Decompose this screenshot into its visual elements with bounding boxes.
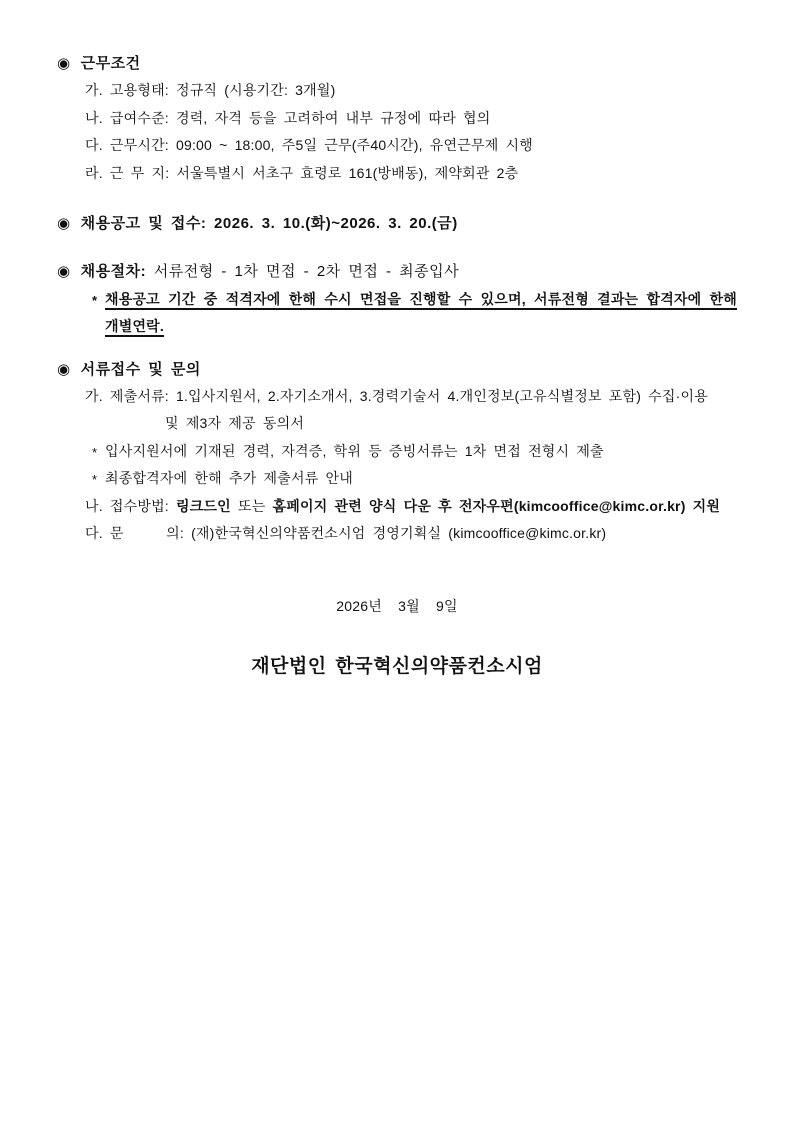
section-work-conditions: ◉근무조건 가. 고용형태: 정규직 (시용기간: 3개월) 나. 급여수준: … [57, 50, 737, 187]
submission-method-linkedin: 링크드인 [176, 498, 231, 514]
submission-method-prefix: 나. 접수방법: [85, 498, 176, 514]
work-conditions-title: 근무조건 [81, 55, 141, 72]
document-date: 2026년 3월 9일 [57, 593, 737, 620]
asterisk-marker-icon: * [92, 439, 97, 466]
hiring-process-note-text: 채용공고 기간 중 적격자에 한해 수시 면접을 진행할 수 있으며, 서류전형… [105, 291, 737, 334]
submission-note-proof-documents: *입사지원서에 기재된 경력, 자격증, 학위 등 증빙서류는 1차 면접 전형… [92, 438, 737, 465]
hiring-process-value: 서류전형 - 1차 면접 - 2차 면접 - 최종입사 [154, 263, 459, 280]
submission-item-contact: 다. 문 의: (재)한국혁신의약품컨소시엄 경영기획실 (kimcooffic… [57, 520, 737, 547]
work-condition-item-salary: 나. 급여수준: 경력, 자격 등을 고려하여 내부 규정에 따라 협의 [57, 105, 737, 132]
asterisk-marker-icon: * [92, 466, 97, 493]
submission-method-email: 홈페이지 관련 양식 다운 후 전자우편(kimcooffice@kimc.or… [273, 498, 721, 514]
document-submission-title: 서류접수 및 문의 [81, 361, 201, 378]
hiring-process-title: 채용절차 [81, 263, 141, 280]
submission-method-or: 또는 [231, 498, 273, 514]
section-document-submission: ◉서류접수 및 문의 가. 제출서류: 1.입사지원서, 2.자기소개서, 3.… [57, 356, 737, 548]
hiring-process-heading: ◉채용절차: 서류전형 - 1차 면접 - 2차 면접 - 최종입사 [57, 258, 737, 285]
submission-item-method: 나. 접수방법: 링크드인 또는 홈페이지 관련 양식 다운 후 전자우편(ki… [57, 493, 737, 520]
fisheye-bullet-icon: ◉ [57, 361, 71, 378]
organization-name: 재단법인 한국혁신의약품컨소시엄 [57, 650, 737, 684]
hiring-process-note: *채용공고 기간 중 적격자에 한해 수시 면접을 진행할 수 있으며, 서류전… [92, 286, 737, 341]
submission-note-final-candidates: *최종합격자에 한해 추가 제출서류 안내 [92, 465, 737, 492]
application-period-value: 2026. 3. 10.(화)~2026. 3. 20.(금) [214, 215, 458, 232]
submission-note-proof-text: 입사지원서에 기재된 경력, 자격증, 학위 등 증빙서류는 1차 면접 전형시… [105, 443, 604, 459]
colon-separator: : [201, 215, 207, 232]
fisheye-bullet-icon: ◉ [57, 215, 71, 232]
document-submission-heading: ◉서류접수 및 문의 [57, 356, 737, 383]
document-page: ◉근무조건 가. 고용형태: 정규직 (시용기간: 3개월) 나. 급여수준: … [0, 0, 793, 1121]
submission-item-documents: 가. 제출서류: 1.입사지원서, 2.자기소개서, 3.경력기술서 4.개인정… [57, 383, 737, 410]
work-condition-item-location: 라. 근 무 지: 서울특별시 서초구 효령로 161(방배동), 제약회관 2… [57, 160, 737, 187]
section-hiring-process: ◉채용절차: 서류전형 - 1차 면접 - 2차 면접 - 최종입사 *채용공고… [57, 258, 737, 340]
fisheye-bullet-icon: ◉ [57, 55, 71, 72]
work-condition-item-employment-type: 가. 고용형태: 정규직 (시용기간: 3개월) [57, 77, 737, 104]
fisheye-bullet-icon: ◉ [57, 263, 71, 280]
asterisk-marker-icon: * [92, 287, 97, 314]
colon-separator: : [141, 263, 147, 280]
work-conditions-heading: ◉근무조건 [57, 50, 737, 77]
work-condition-item-hours: 다. 근무시간: 09:00 ~ 18:00, 주5일 근무(주40시간), 유… [57, 132, 737, 159]
section-application-period: ◉채용공고 및 접수: 2026. 3. 10.(화)~2026. 3. 20.… [57, 210, 737, 237]
application-period-title: 채용공고 및 접수 [81, 215, 201, 232]
submission-note-final-text: 최종합격자에 한해 추가 제출서류 안내 [105, 470, 353, 486]
application-period-heading: ◉채용공고 및 접수: 2026. 3. 10.(화)~2026. 3. 20.… [57, 210, 737, 237]
submission-item-documents-continued: 및 제3자 제공 동의서 [57, 410, 737, 437]
